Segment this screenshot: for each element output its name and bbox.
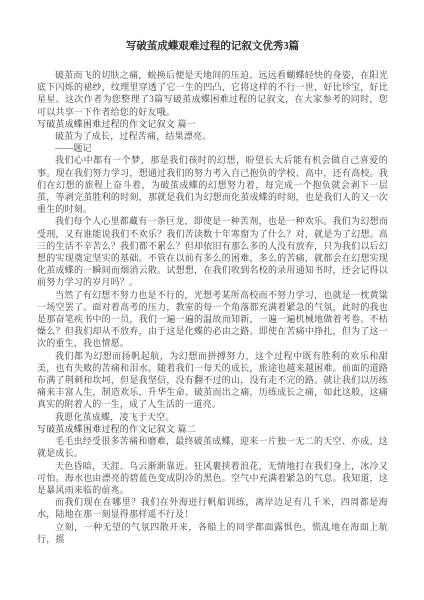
paragraph: 破茧为了成长，过程苦痛，结果漂亮。: [37, 130, 388, 142]
paragraph: 我们心中都有一个梦，那是我们孩时的幻想，盼望长大后能有机会做自己喜爱的事。现在我…: [37, 154, 388, 215]
paragraph: 天色昏暗，天涯、乌云渐渐靠近。狂风裹挟着浪花，无情地打在我们身上，冰冷又可怕。海…: [37, 460, 388, 497]
document-body: 破茧而飞的切肤之痛，蜕换后便是天地间的压迫。远远看蝴蝶轻快的身姿，在阳光底下闪烁…: [37, 69, 388, 545]
document-page: 写破茧成蝶艰难过程的记叙文优秀3篇 破茧而飞的切肤之痛，蜕换后便是天地间的压迫。…: [0, 0, 424, 600]
section-heading: 写破茧成蝶困难过程的作文记叙文 篇二: [37, 423, 388, 435]
paragraph: 我们每个人心里都藏有一条巨龙，即使是一种苦剂，也是一种欢乐。我们为幻想而受刑，又…: [37, 215, 388, 288]
paragraph: 立刻，一种无望的气氛四散开来，各船上的同学都面露惧色，慌乱地在海面上航行，摇: [37, 521, 388, 545]
section-heading: 写破茧成蝶困难过程的作文记叙文 篇一: [37, 118, 388, 130]
document-title: 写破茧成蝶艰难过程的记叙文优秀3篇: [37, 40, 388, 53]
paragraph: 我们都为幻想而扬帆起航，为幻想而拼搏努力，这个过程中既有胜利的欢乐和甜美，也有失…: [37, 350, 388, 411]
paragraph: 而我们现在在哪里？我们在外海进行帆船训练，离岸边足有几千米，四周都是海水，陆地在…: [37, 496, 388, 520]
paragraph: 我愿化茧成蝶，凌飞于天空。: [37, 411, 388, 423]
paragraph: 当然了有幻想不努力也是不行的，光想考某所高校而不努力学习，也就是一枕黄粱一场空罢…: [37, 289, 388, 350]
paragraph: 破茧而飞的切肤之痛，蜕换后便是天地间的压迫。远远看蝴蝶轻快的身姿，在阳光底下闪烁…: [37, 69, 388, 118]
paragraph: 毛毛虫经受很多苦痛和磨难，最终破茧成蝶，迎来一片独一无二的天空、亦成，这就是成长…: [37, 435, 388, 459]
paragraph: ——题记: [37, 142, 388, 154]
